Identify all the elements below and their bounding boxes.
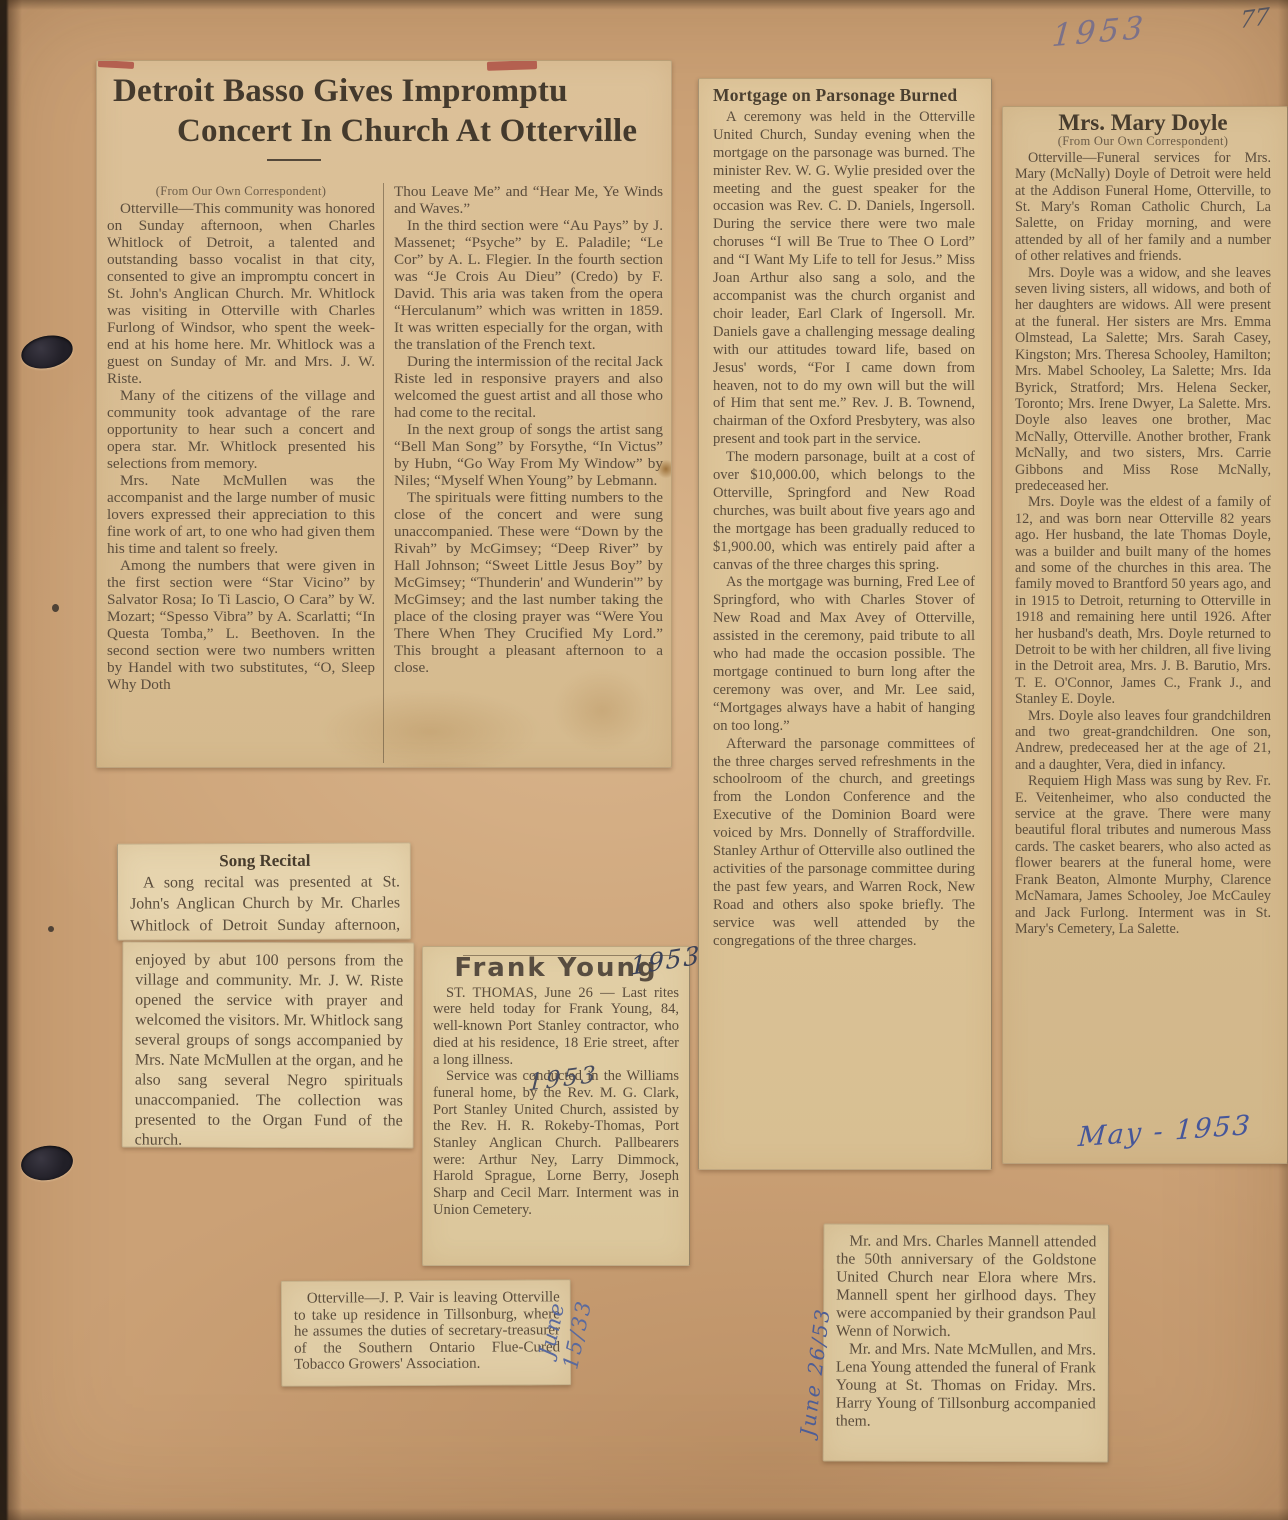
handwritten-year: 1953 [1051,10,1149,55]
article-paragraph: Mrs. Doyle also leaves four grandchildre… [1015,708,1271,774]
article-paragraph: Otterville—Funeral services for Mrs. Mar… [1015,150,1271,265]
page-number: 77 [1239,4,1270,35]
clipping-frank-young: Frank Young ST. THOMAS, June 26 — Last r… [422,946,690,1266]
binder-hole [18,331,76,373]
article-paragraph: A song recital was presented at St. John… [130,871,400,941]
article-paragraph: Otterville—J. P. Vair is leaving Ottervi… [294,1289,560,1373]
article-paragraph: ST. THOMAS, June 26 — Last rites were he… [433,985,679,1069]
article-paragraph: Thou Leave Me” and “Hear Me, Ye Winds an… [394,183,663,217]
article-column-right: Thou Leave Me” and “Hear Me, Ye Winds an… [384,181,671,763]
clipping-mannell: Mr. and Mrs. Charles Mannell attended th… [823,1224,1110,1463]
article-paragraph: Mr. and Mrs. Charles Mannell attended th… [836,1233,1096,1342]
article-paragraph: Mrs. Nate McMullen was the accompanist a… [107,472,375,557]
paper-speck [52,604,59,612]
article-paragraph: The modern parsonage, built at a cost of… [713,449,975,574]
article-paragraph: Mr. and Mrs. Nate McMullen, and Mrs. Len… [836,1341,1096,1432]
article-headline: Concert In Church At Otterville [97,111,671,151]
article-paragraph: enjoyed by abut 100 persons from the vil… [135,951,404,1149]
clipping-mary-doyle: Mrs. Mary Doyle (From Our Own Correspond… [1002,106,1288,1164]
article-paragraph: Otterville—This community was honored on… [107,200,375,387]
byline: (From Our Own Correspondent) [107,183,375,200]
article-headline: Detroit Basso Gives Impromptu [97,61,671,111]
clipping-song-recital-bottom: enjoyed by abut 100 persons from the vil… [122,941,415,1148]
byline: (From Our Own Correspondent) [1015,133,1271,149]
clipping-detroit-basso: Detroit Basso Gives Impromptu Concert In… [96,60,672,768]
article-paragraph: Requiem High Mass was sung by Rev. Fr. E… [1015,773,1271,937]
clipping-mortgage-burned: Mortgage on Parsonage Burned A ceremony … [698,78,992,1170]
article-paragraph: A ceremony was held in the Otterville Un… [713,109,975,449]
article-title: Mrs. Mary Doyle [1015,115,1271,131]
article-column-left: (From Our Own Correspondent) Otterville—… [97,181,383,763]
article-paragraph: In the third section were “Au Pays” by J… [394,217,663,353]
article-title: Mortgage on Parsonage Burned [713,87,975,105]
binder-hole [19,1143,75,1184]
article-paragraph: Mrs. Doyle was a widow, and she leaves s… [1015,265,1271,495]
article-paragraph: Afterward the parsonage committees of th… [713,736,975,951]
article-paragraph: Many of the citizens of the village and … [107,387,375,472]
handwritten-date-june-15-33: June 15/33 [528,1272,661,1405]
headline-rule [267,159,321,161]
article-paragraph: During the intermission of the recital J… [394,353,663,421]
clipping-song-recital-top: Song Recital A song recital was presente… [117,842,411,940]
article-paragraph: In the next group of songs the artist sa… [394,421,663,489]
article-paragraph: Mrs. Doyle was the eldest of a family of… [1015,494,1271,707]
article-paragraph: The spirituals were fitting numbers to t… [394,489,663,676]
scrapbook-page: 1953 77 Detroit Basso Gives Impromptu Co… [0,0,1288,1520]
article-paragraph: As the mortgage was burning, Fred Lee of… [713,574,975,735]
red-mark [487,60,537,71]
clipping-vair: Otterville—J. P. Vair is leaving Ottervi… [281,1279,572,1387]
article-title: Song Recital [130,849,400,872]
paper-speck [48,926,54,932]
article-paragraph: Among the numbers that were given in the… [107,557,375,693]
